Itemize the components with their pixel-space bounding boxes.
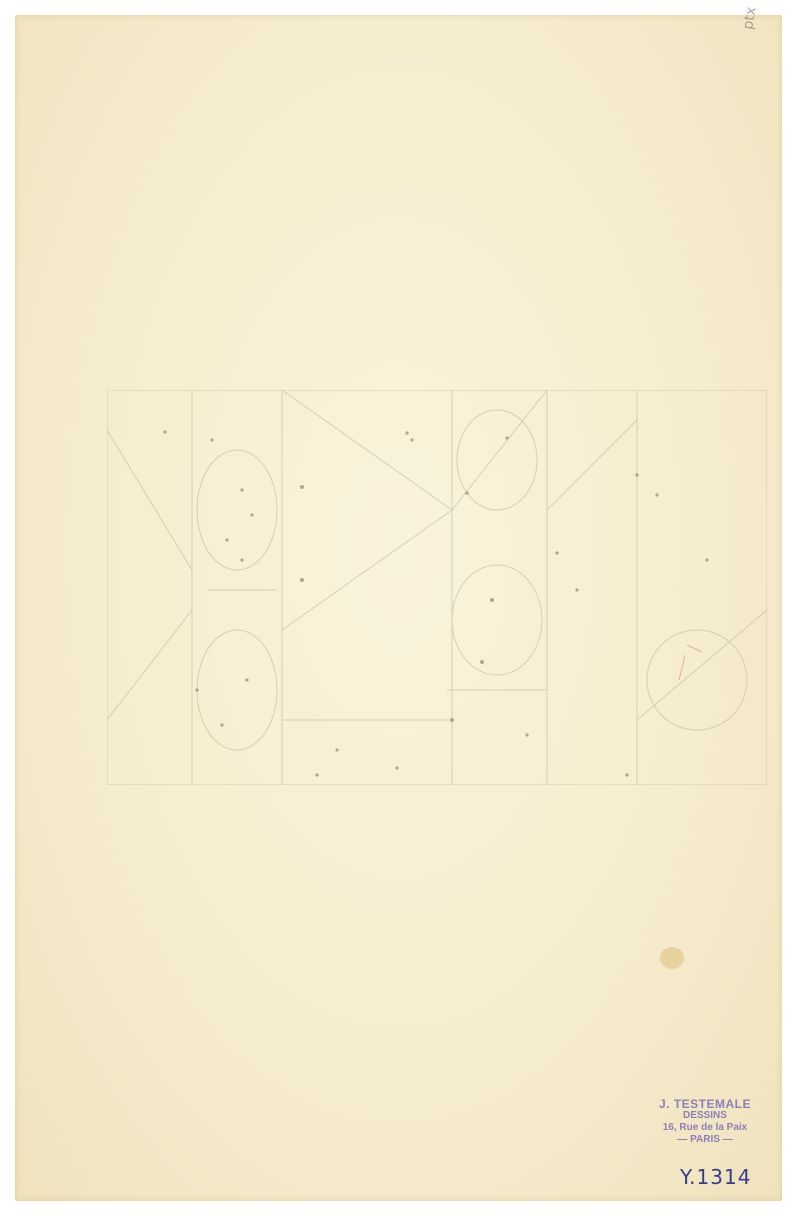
paper-sheet <box>15 15 782 1201</box>
stamp-line-address: 16, Rue de la Paix <box>640 1122 770 1134</box>
stamp-line-name: J. TESTEMALE <box>640 1098 770 1110</box>
stamp-line-city: — PARIS — <box>640 1134 770 1146</box>
paper-stain <box>660 947 684 969</box>
show-through-pattern <box>107 390 767 785</box>
stamp-line-trade: DESSINS <box>640 1110 770 1122</box>
reference-number: Y.1314 <box>680 1165 751 1189</box>
dealer-stamp: J. TESTEMALE DESSINS 16, Rue de la Paix … <box>640 1098 770 1146</box>
